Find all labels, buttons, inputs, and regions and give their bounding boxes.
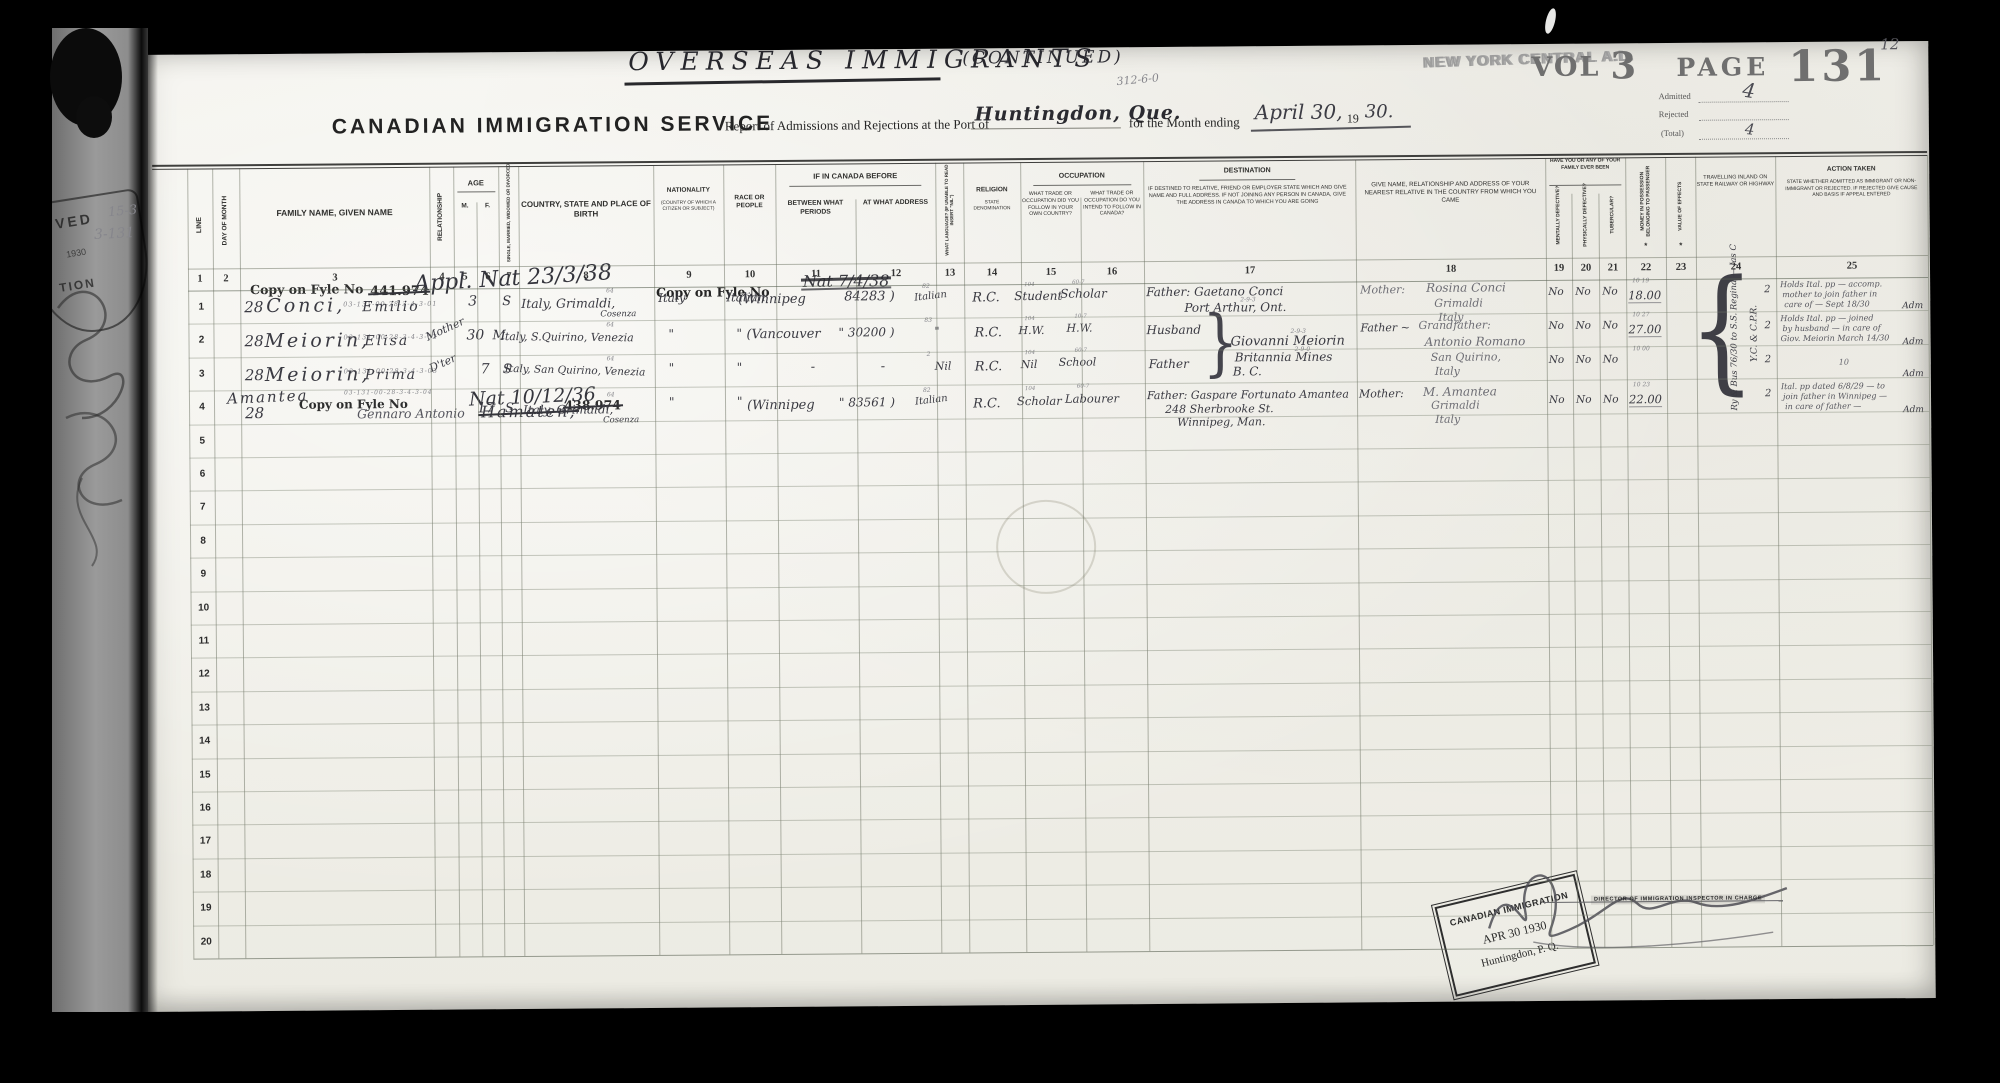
received-stamp-text-2: 1930: [65, 247, 87, 262]
col-occ-canada-header: What trade or occupation do you intend t…: [1081, 190, 1142, 217]
pencil-code: 312-6-0: [1116, 71, 1159, 88]
line-number: 6: [190, 468, 216, 479]
column-number: 2: [210, 273, 242, 284]
row1-relative-label: Mother:: [1360, 283, 1405, 296]
row3-occ-home: Nil: [1021, 358, 1038, 371]
rejected-rule: [1699, 118, 1789, 121]
row3-canada-addr: -: [881, 359, 886, 374]
row4-relative-1: M. Amantea: [1423, 384, 1497, 399]
travel-note-2: Y.C. & C.P.R.: [1749, 278, 1760, 388]
row4-canada-addr: " 83561 ): [839, 395, 895, 409]
grid-vline: [1545, 158, 1552, 948]
report-prefix: Report of Admissions and Rejections at t…: [725, 116, 989, 134]
column-number: 11: [800, 269, 832, 280]
col-race-header: Race or People: [723, 194, 775, 211]
row2-action-2: by husband — in care of: [1782, 323, 1880, 333]
destination-underline: [1199, 179, 1295, 181]
row1-occ-canada: Scholar: [1060, 286, 1107, 300]
binder-hole: [76, 96, 112, 138]
month-ending-label: for the Month ending: [1129, 114, 1240, 131]
row1-language: Italian: [914, 289, 948, 304]
row1-relative-2: Grimaldi: [1434, 296, 1483, 309]
grid-vline: [963, 163, 970, 953]
row1-relative-1: Rosina Conci: [1426, 280, 1506, 295]
page-annotation: 12: [1880, 35, 1899, 53]
row3-destination-label: Father: [1149, 357, 1189, 371]
column-number: 16: [1096, 266, 1128, 277]
column-number: 3: [319, 272, 351, 283]
col-mentally-header: Mentally Defective?: [1555, 176, 1562, 254]
row4-destination-2: 248 Sherbrooke St.: [1165, 402, 1274, 416]
line-number: 2: [188, 335, 214, 346]
column-number: 9: [673, 270, 705, 281]
col-periods-header: Between What Periods: [777, 199, 853, 217]
row1-age: 3: [468, 293, 477, 309]
row4-action-1: Ital. pp dated 6/8/29 — to: [1781, 381, 1885, 391]
row2-religion: R.C.: [974, 325, 1002, 340]
row4-tubercular: No: [1603, 393, 1619, 405]
admitted-label: Admitted: [1659, 91, 1691, 101]
money-asterisk: *: [1638, 241, 1654, 252]
grid-vline: [855, 199, 862, 953]
col-relative-header: Give name, relationship and address of y…: [1359, 180, 1541, 206]
col-language-header: What Language? (If unable to read insert…: [944, 160, 956, 260]
row1-canada-between: (Winnipeg: [738, 292, 806, 308]
col-age-f-header: F.: [476, 202, 498, 211]
row3-mentally: No: [1549, 354, 1565, 366]
col-address-header: At What Address: [857, 199, 933, 208]
group-age-header: Age: [453, 178, 498, 188]
row1-destination-1: Father: Gaetano Conci: [1146, 284, 1283, 299]
row1-action-2: mother to join father in: [1782, 289, 1877, 299]
row3-canada-between: -: [811, 360, 816, 375]
line-number: 14: [192, 736, 218, 747]
row2-given-name: Elisa: [364, 333, 409, 349]
grid-vline: [1775, 156, 1782, 946]
row1-birth-sub: Cosenza: [600, 309, 636, 319]
row3-day: 28: [245, 366, 264, 384]
effects-asterisk: *: [1673, 241, 1689, 252]
row3-age: 7: [481, 361, 490, 377]
row1-day: 28: [244, 298, 263, 316]
canada-underline: [789, 185, 921, 187]
row3-physically: No: [1576, 354, 1592, 366]
row3-tubercular: No: [1603, 353, 1619, 365]
received-stamp-text-1: VED: [54, 209, 94, 233]
row2-nationality: ": [668, 327, 674, 341]
line-number: 16: [192, 802, 218, 813]
row2-day: 28: [244, 332, 263, 350]
row3-given-name: Prima: [365, 367, 417, 383]
column-number: 7: [493, 271, 525, 282]
col-relationship-header: Relationship: [436, 169, 445, 264]
row4-occ-canada: Labourer: [1065, 391, 1119, 405]
col-nationality-header: Nationality: [653, 186, 723, 195]
row3-nationality: ": [669, 361, 675, 375]
row4-religion: R.C.: [973, 396, 1001, 411]
row4-nationality: ": [669, 395, 675, 409]
row1-physically: No: [1575, 286, 1591, 298]
row2-action-1: Holds Ital. pp — joined: [1780, 313, 1873, 323]
row4-money: 22.00: [1629, 392, 1662, 407]
row2-action-3: Giov. Meiorin March 14/30: [1781, 333, 1890, 343]
line-number: 9: [190, 569, 216, 580]
row2-occ-canada: H.W.: [1066, 322, 1092, 335]
grid-vline: [1143, 161, 1150, 951]
row2-canada-addr: " 30200 ): [838, 325, 894, 339]
row2-destination-1: Giovanni Meiorin: [1230, 334, 1344, 350]
row2-tubercular: No: [1602, 319, 1618, 331]
row3-race: ": [737, 360, 743, 374]
row1-given-name: Emilio: [362, 299, 419, 315]
travel-note-1: Ry & Bus 76/30 to S.S. Regina — Jas C: [1729, 260, 1740, 410]
row1-tubercular: No: [1602, 285, 1618, 297]
faint-round-stamp: [996, 500, 1097, 595]
line-number: 19: [193, 903, 219, 914]
line-number: 4: [189, 402, 215, 413]
grid-vline: [476, 202, 483, 956]
service-title: Canadian Immigration Service: [332, 110, 774, 141]
line-number: 18: [193, 869, 219, 880]
line-number: 11: [191, 635, 217, 646]
row2-mentally: No: [1548, 320, 1564, 332]
travel-mark-1: 2: [1764, 284, 1770, 295]
row2-family-name: Meiorin,: [264, 329, 370, 352]
row4-birth-sup: 64: [607, 391, 615, 398]
row1-canada-addr: 84283 ): [844, 289, 895, 304]
gutter-shadow: [128, 28, 158, 1012]
row3-action-1: 10: [1839, 358, 1849, 367]
railway-stamp: NEW YORK CENTRAL A.L.: [1422, 47, 1633, 74]
total-label: (Total): [1661, 128, 1684, 138]
row4-money-sup: 10 23: [1633, 381, 1650, 388]
scan-background: VED 1930 TION 15-3 3-131 Overseas Immigr…: [0, 0, 2000, 1083]
line-number: 7: [190, 502, 216, 513]
column-number: 21: [1597, 262, 1629, 273]
row2-money: 27.00: [1628, 322, 1661, 337]
row1-nationality: Italy: [658, 291, 685, 305]
row4-language-sup: 82: [923, 387, 931, 394]
line-number: 17: [192, 836, 218, 847]
col-action-header: Action Taken: [1775, 165, 1927, 175]
row2-relative-4: Italy: [1435, 365, 1460, 378]
grid-vline: [1665, 157, 1672, 947]
column-number: 15: [1035, 267, 1067, 278]
grid-vline: [653, 165, 660, 955]
row1-status: S: [502, 294, 511, 309]
row1-money: 18.00: [1628, 288, 1661, 303]
col-physically-header: Physically Defective?: [1582, 176, 1589, 254]
col-name-header: Family Name, Given Name: [239, 207, 429, 220]
line-number: 15: [192, 769, 218, 780]
column-number: 13: [934, 268, 966, 279]
paper: Overseas Immigrants (Continued) 312-6-0 …: [136, 41, 1935, 1012]
row2-relative-3: San Quirino,: [1431, 350, 1501, 364]
line-number: 12: [191, 669, 217, 680]
column-number: 14: [976, 267, 1008, 278]
row2-canada-between: (Vancouver: [746, 327, 820, 343]
row2-destination-3: B. C.: [1233, 364, 1262, 378]
row1-religion: R.C.: [972, 290, 1000, 305]
row3-birth: Italy, San Quirino, Venezia: [505, 363, 646, 379]
grid-vline: [1927, 155, 1934, 945]
column-number: 8: [570, 270, 602, 281]
column-number: 17: [1234, 265, 1266, 276]
line-number: 10: [191, 602, 217, 613]
row3-birth-sup: 64: [607, 355, 615, 362]
grid-top-rule-heavy: [152, 151, 1927, 167]
row4-race: ": [737, 394, 743, 408]
line-number: 20: [193, 936, 219, 947]
row4-day: 28: [245, 404, 264, 422]
col-marital-header: Single, Married, Widowed or Divorced: [505, 163, 511, 263]
column-number: 18: [1435, 264, 1467, 275]
vol-number: 3: [1610, 43, 1636, 87]
group-destination-header: Destination: [1143, 166, 1351, 177]
col-occ-home-header: What trade or occupation did you follow …: [1021, 191, 1079, 218]
col-action-sub: State whether admitted as immigrant or n…: [1781, 178, 1921, 199]
grid-vline: [1625, 157, 1632, 947]
page-label: PAGE: [1676, 52, 1769, 82]
row2-relative-label: Father ~: [1360, 321, 1410, 334]
row1-action-1: Holds Ital. pp — accomp.: [1780, 279, 1882, 289]
row2-relative-1: Grandfather:: [1418, 318, 1490, 332]
column-number: 23: [1665, 262, 1697, 273]
grid-vline: [239, 168, 246, 958]
row4-canada-between: (Winnipeg: [747, 398, 815, 414]
group-occupation-header: Occupation: [1020, 171, 1143, 181]
grid-vline: [723, 164, 730, 954]
margin-note-1: 15-3: [107, 203, 137, 220]
row2-age: 30: [466, 327, 484, 343]
group-family-history-header: Have you or any of your family ever been: [1545, 157, 1625, 171]
row4-status: S: [505, 401, 514, 416]
vol-label: VOL: [1531, 52, 1600, 84]
line-number: 13: [191, 702, 217, 713]
col-line-header: Line: [195, 190, 205, 260]
col-money-header: Money in possession belonging to passeng…: [1639, 156, 1652, 246]
date-century: 19: [1347, 111, 1359, 126]
date-year: 30.: [1365, 101, 1394, 122]
col-age-m-header: M.: [453, 202, 476, 211]
paper-sliver: [1543, 7, 1558, 34]
group-canada-header: If in Canada Before: [775, 171, 935, 182]
rejected-label: Rejected: [1659, 109, 1689, 119]
col-day-header: Day of Month: [221, 176, 230, 266]
row2-destination-2: Britannia Mines: [1235, 350, 1333, 365]
row4-birth: Italy, Grimaldi,: [523, 402, 613, 417]
travel-mark-4: 2: [1765, 388, 1771, 399]
row2-admitted-mark: Adm: [1903, 337, 1924, 347]
line-number: 8: [190, 535, 216, 546]
col-birth-header: Country, State and Place of Birth: [518, 199, 653, 221]
travel-mark-3: 2: [1765, 354, 1771, 365]
date-underline: [1251, 126, 1411, 132]
col-nationality-sub: (Country of which a Citizen or Subject): [655, 200, 721, 213]
row2-birth-sup: 64: [606, 321, 614, 328]
col-tubercular-header: Tubercular?: [1609, 176, 1616, 254]
row2-physically: No: [1575, 320, 1591, 332]
row4-relative-2: Grimaldi: [1431, 399, 1480, 412]
row1-family-name: Conci,: [266, 294, 345, 317]
row4-occ-home: Scholar: [1017, 394, 1062, 408]
row4-relative-label: Mother:: [1359, 387, 1404, 400]
page-number: 131: [1788, 41, 1887, 92]
col-effects-header: Value of Effects: [1677, 166, 1684, 246]
row4-age: 17: [477, 400, 495, 416]
row3-religion: R.C.: [975, 359, 1003, 374]
line-number: 1: [188, 301, 214, 312]
travel-brace: {: [1688, 251, 1756, 408]
column-number: 10: [734, 269, 766, 280]
row2-destination-label: Husband: [1146, 323, 1201, 337]
date-day: April 30,: [1255, 100, 1343, 125]
row4-language: Italian: [914, 393, 948, 408]
row4-action-3: in care of father —: [1785, 402, 1861, 412]
grid-vline: [775, 164, 782, 954]
line-number: 5: [189, 435, 215, 446]
row3-family-name: Meiorin,: [265, 363, 371, 386]
port-underline: [971, 127, 1121, 129]
column-number: 24: [1720, 261, 1752, 272]
title-continued: (Continued): [962, 47, 1124, 68]
column-number: 12: [880, 268, 912, 279]
grid-vline: [1598, 194, 1605, 948]
grid-vline: [1571, 194, 1578, 948]
grid-vline: [1355, 159, 1362, 949]
age-underline: [457, 191, 495, 192]
row1-mentally: No: [1548, 286, 1564, 298]
row2-race: ": [736, 326, 742, 340]
column-number: 25: [1836, 260, 1868, 271]
col-religion-sub: State Denomination: [965, 200, 1018, 213]
row4-mentally: No: [1549, 394, 1565, 406]
title-underline: [624, 77, 940, 85]
column-number: 22: [1630, 262, 1662, 273]
row4-action-2: join father in Winnipeg —: [1783, 391, 1887, 401]
margin-note-2: 3-131: [94, 225, 135, 243]
row4-occ-home-sup: 104: [1025, 386, 1036, 392]
col-travel-header: Travelling inland on state Railway or Hi…: [1695, 174, 1775, 189]
travel-mark-2: 2: [1764, 320, 1770, 331]
line-number: 3: [189, 368, 215, 379]
col-religion-header: Religion: [963, 186, 1020, 195]
row3-occ-canada: School: [1059, 356, 1097, 369]
row4-given-name: Gennaro Antonio: [357, 405, 465, 421]
occupation-underline: [1033, 184, 1131, 186]
row1-action-3: care of — Sept 18/30: [1784, 299, 1869, 309]
row4-destination-1: Father: Gaspare Fortunato Amantea: [1147, 388, 1349, 403]
total-value: 4: [1744, 120, 1755, 139]
col-destination-body: If destined to relative, friend or emplo…: [1147, 185, 1347, 208]
grid-vline: [935, 163, 942, 953]
signature-title: Director of Immigration Inspector in Cha…: [1591, 894, 1765, 905]
row4-physically: No: [1576, 394, 1592, 406]
